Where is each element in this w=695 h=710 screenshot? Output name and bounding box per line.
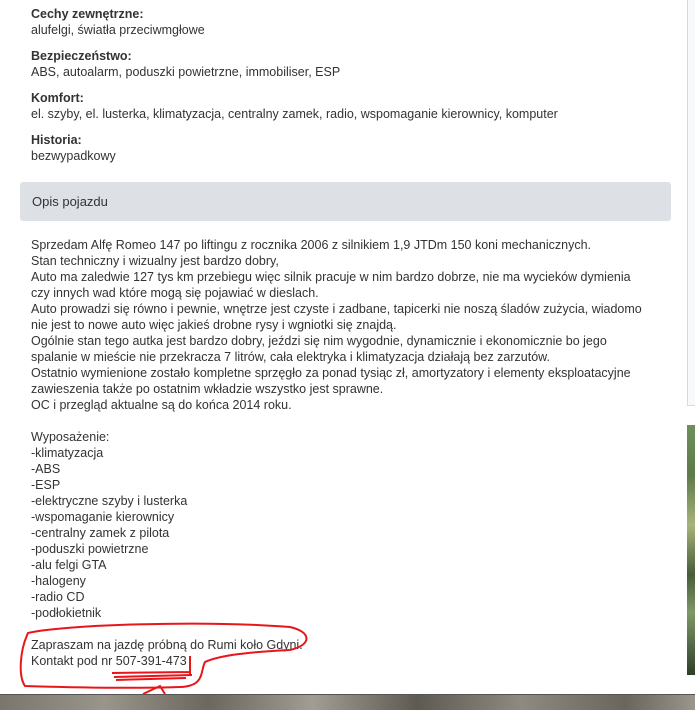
vehicle-description: Sprzedam Alfę Romeo 147 po liftingu z ro… [31, 237, 671, 669]
contact-line: Kontakt pod nr 507-391-473 [31, 653, 671, 669]
desc-paragraph: Auto prowadzi się równo i pewnie, wnętrz… [31, 301, 651, 333]
desc-paragraph: Auto ma zaledwie 127 tys km przebiegu wi… [31, 269, 651, 301]
feature-label: Komfort: [31, 90, 558, 106]
equipment-list: -klimatyzacja-ABS-ESP-elektryczne szyby … [31, 445, 671, 621]
feature-safety: Bezpieczeństwo: ABS, autoalarm, poduszki… [31, 48, 340, 80]
equipment-item: -radio CD [31, 589, 671, 605]
equipment-item: -halogeny [31, 573, 671, 589]
desc-paragraph: OC i przegląd aktualne są do końca 2014 … [31, 397, 671, 413]
equipment-item: -centralny zamek z pilota [31, 525, 671, 541]
equipment-item: -elektryczne szyby i lusterka [31, 493, 671, 509]
equipment-item: -poduszki powietrzne [31, 541, 671, 557]
phone-number[interactable]: 507-391-473 [116, 654, 187, 668]
side-panel [687, 0, 695, 406]
feature-exterior: Cechy zewnętrzne: alufelgi, światła prze… [31, 6, 205, 38]
equipment-item: -ESP [31, 477, 671, 493]
feature-label: Bezpieczeństwo: [31, 48, 340, 64]
feature-history: Historia: bezwypadkowy [31, 132, 116, 164]
equipment-item: -podłokietnik [31, 605, 671, 621]
feature-comfort: Komfort: el. szyby, el. lusterka, klimat… [31, 90, 558, 122]
equipment-item: -klimatyzacja [31, 445, 671, 461]
feature-value: bezwypadkowy [31, 148, 116, 164]
equipment-item: -ABS [31, 461, 671, 477]
equipment-item: -alu felgi GTA [31, 557, 671, 573]
section-title: Opis pojazdu [32, 194, 108, 209]
invite-text: Zapraszam na jazdę próbną do Rumi koło G… [31, 637, 671, 653]
desc-paragraph: Ostatnio wymienione zostało kompletne sp… [31, 365, 631, 397]
gallery-photo[interactable] [0, 694, 695, 710]
desc-paragraph: Sprzedam Alfę Romeo 147 po liftingu z ro… [31, 237, 671, 253]
desc-paragraph: Ogólnie stan tego autka jest bardzo dobr… [31, 333, 656, 365]
desc-paragraph: Stan techniczny i wizualny jest bardzo d… [31, 253, 671, 269]
feature-value: ABS, autoalarm, poduszki powietrzne, imm… [31, 64, 340, 80]
feature-label: Historia: [31, 132, 116, 148]
feature-value: el. szyby, el. lusterka, klimatyzacja, c… [31, 106, 558, 122]
equipment-title: Wyposażenie: [31, 429, 671, 445]
feature-label: Cechy zewnętrzne: [31, 6, 205, 22]
contact-prefix: Kontakt pod nr [31, 654, 116, 668]
equipment-item: -wspomaganie kierownicy [31, 509, 671, 525]
feature-value: alufelgi, światła przeciwmgłowe [31, 22, 205, 38]
side-photo[interactable] [687, 425, 695, 675]
section-header-description: Opis pojazdu [20, 182, 671, 221]
